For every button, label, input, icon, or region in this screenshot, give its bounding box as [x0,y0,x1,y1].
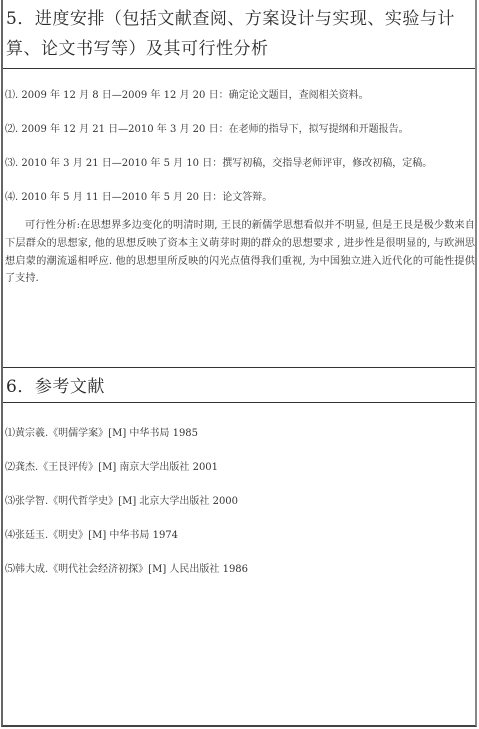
feasibility-analysis: 可行性分析:在思想界多边变化的明清时期, 王艮的新儒学思想看似并不明显, 但是王… [5,217,475,288]
section-6-heading: 6．参考文献 [6,374,105,400]
divider [3,402,475,403]
schedule-item: ⑴. 2009 年 12 月 8 日—2009 年 12 月 20 日：确定论文… [5,89,369,103]
reference-item: ⑸韩大成.《明代社会经济初探》[M] 人民出版社 1986 [5,563,248,577]
divider [3,367,475,368]
reference-item: ⑵龚杰.《王艮评传》[M] 南京大学出版社 2001 [5,461,218,475]
schedule-item: ⑶. 2010 年 3 月 21 日—2010 年 5 月 10 日：撰写初稿，… [5,157,432,171]
schedule-item: ⑷. 2010 年 5 月 11 日—2010 年 5 月 20 日：论文答辩。 [5,191,272,205]
document-table: 5．进度安排（包括文献查阅、方案设计与实现、实验与计算、论文书写等）及其可行性分… [1,0,477,727]
reference-item: ⑴黄宗羲.《明儒学案》[M] 中华书局 1985 [5,427,198,441]
divider [3,68,475,69]
reference-item: ⑷张廷玉.《明史》[M] 中华书局 1974 [5,529,178,543]
section-5-heading: 5．进度安排（包括文献查阅、方案设计与实现、实验与计算、论文书写等）及其可行性分… [6,4,476,64]
reference-item: ⑶张学智.《明代哲学史》[M] 北京大学出版社 2000 [5,495,238,509]
schedule-item: ⑵. 2009 年 12 月 21 日—2010 年 3 月 20 日：在老师的… [5,123,409,137]
